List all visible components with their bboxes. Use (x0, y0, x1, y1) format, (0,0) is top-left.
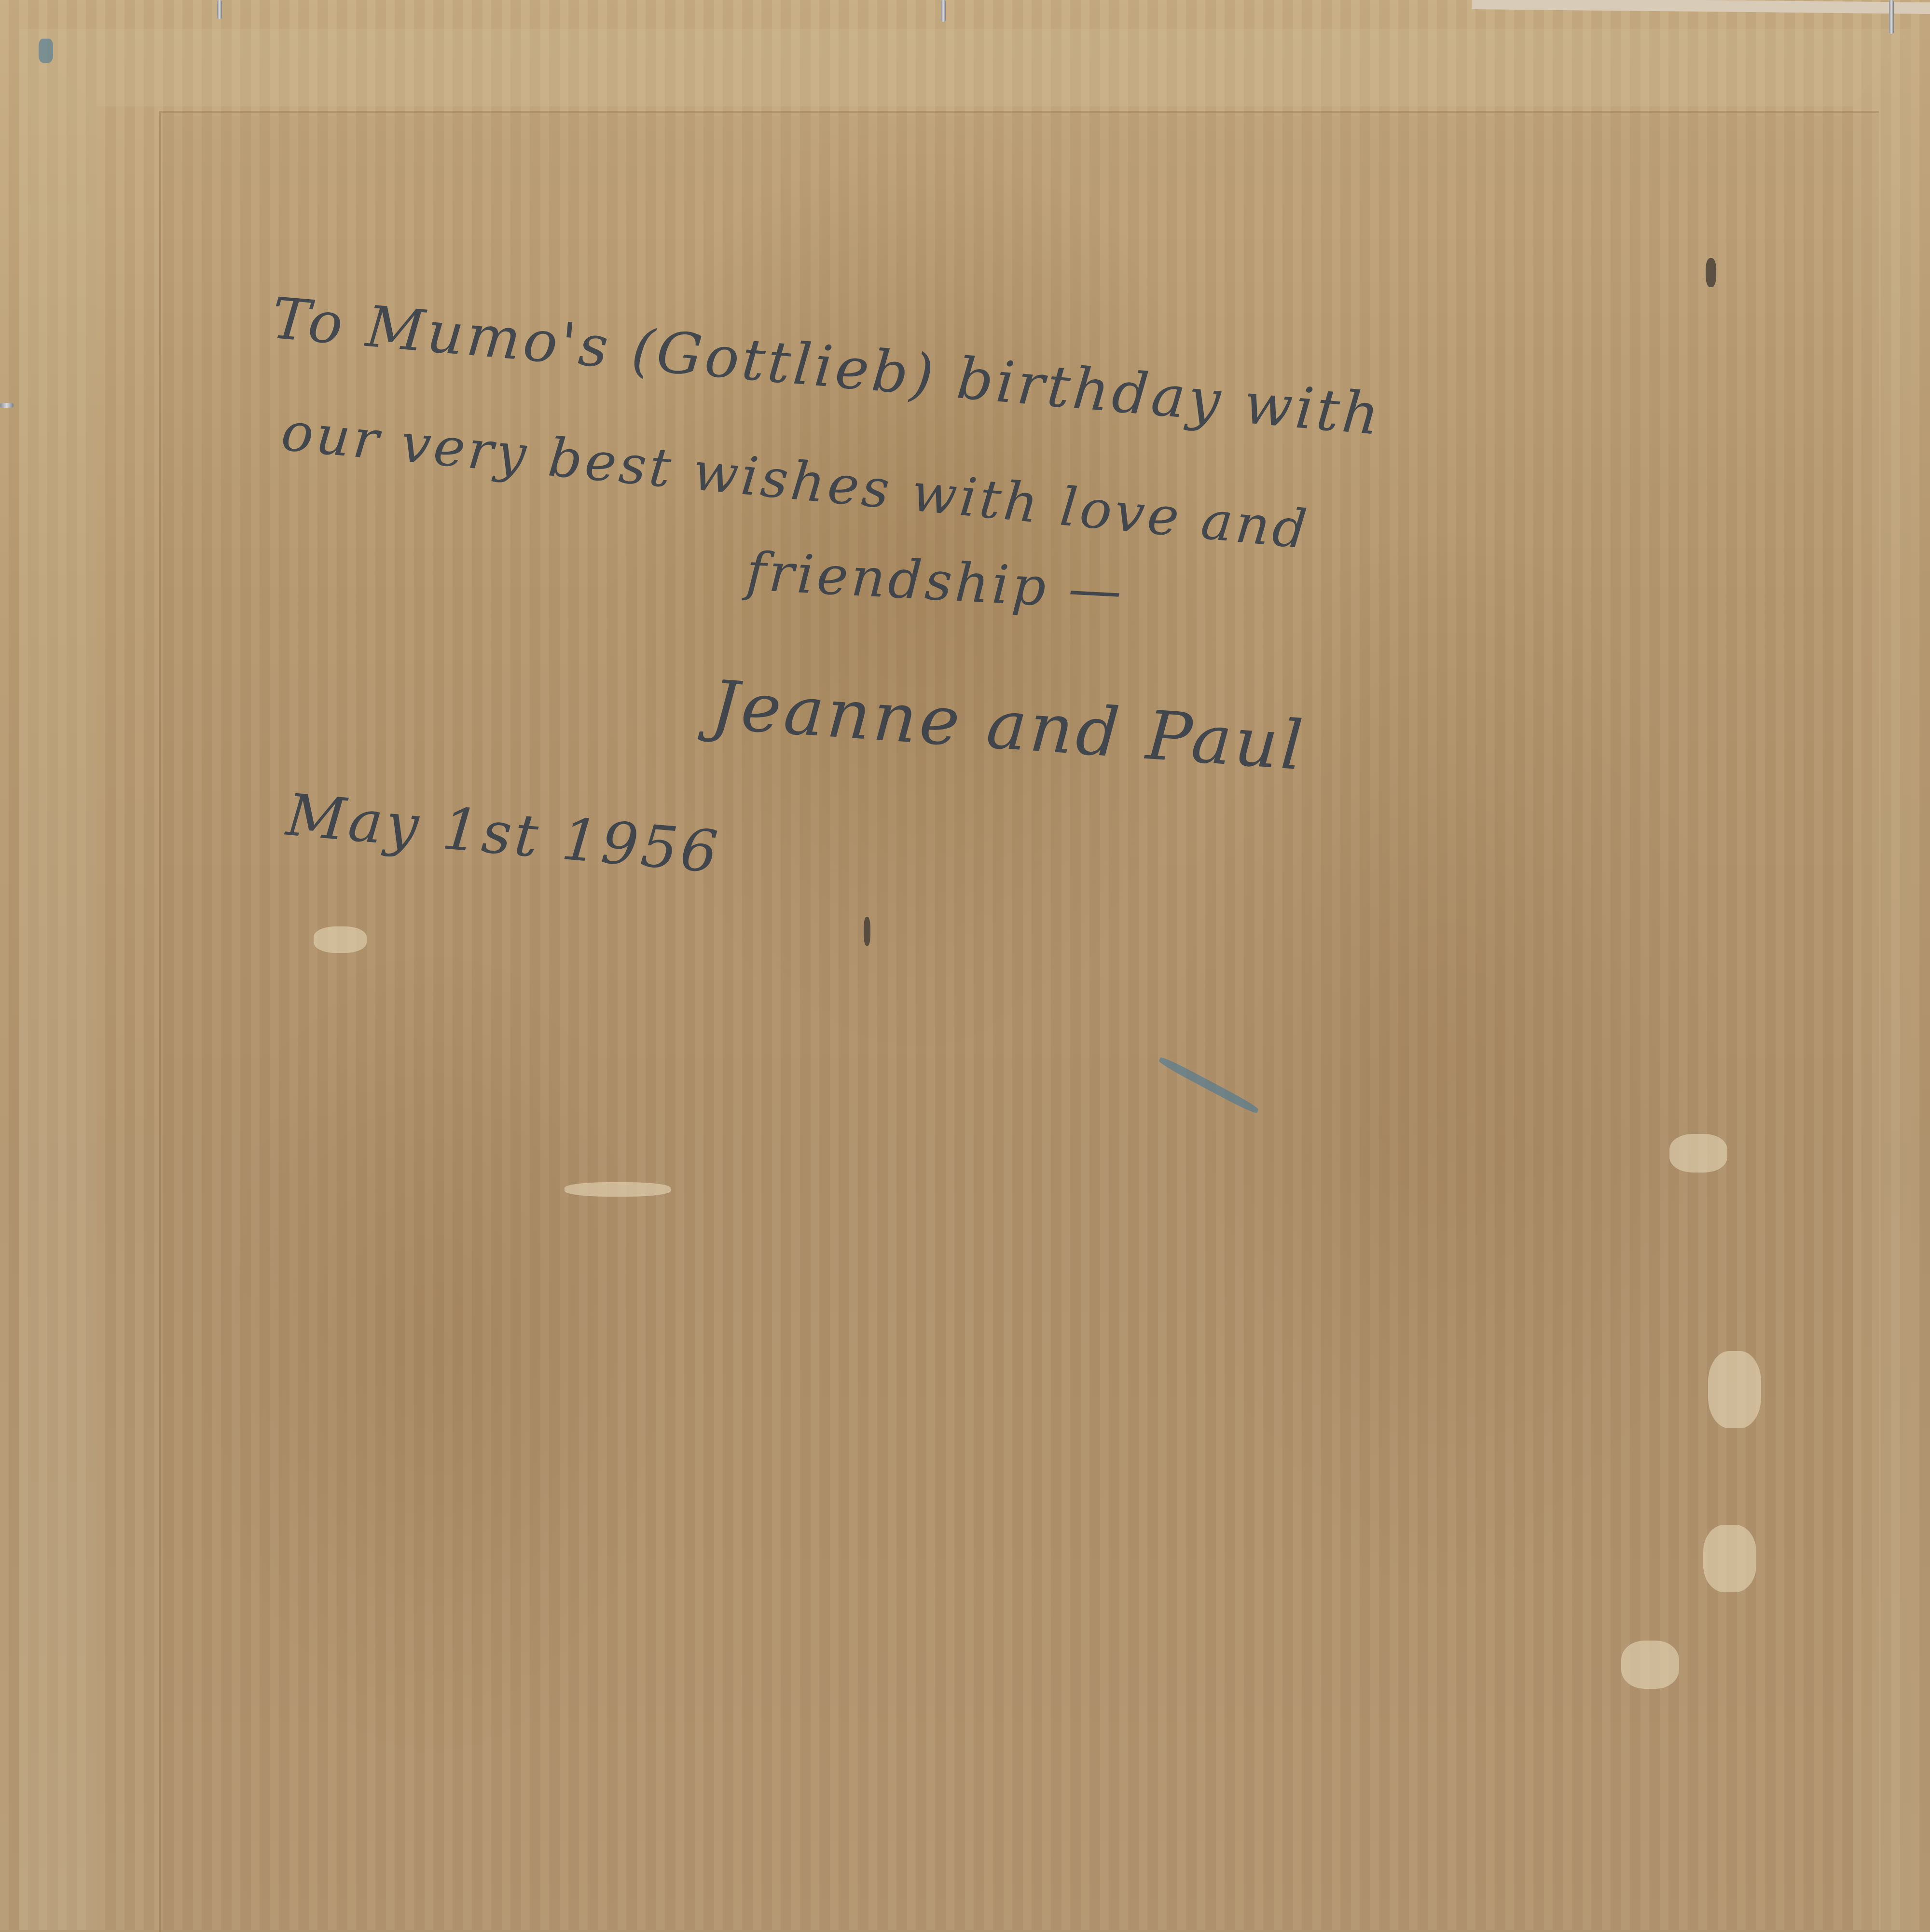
blue-crayon-mark (39, 39, 53, 63)
board-gouge (1703, 1525, 1756, 1592)
nail-icon (941, 0, 946, 22)
nail-icon (1889, 0, 1894, 34)
board-gouge (1669, 1134, 1727, 1173)
dark-spot (864, 917, 870, 946)
board-gouge (565, 1182, 671, 1197)
nail-icon (0, 403, 14, 408)
board-gouge (314, 926, 367, 953)
board-gouge (1708, 1351, 1761, 1428)
dark-spot (1706, 258, 1716, 287)
hardboard-panel-back: To Mumo's (Gottlieb) birthday with our v… (0, 0, 1930, 1930)
board-gouge (1621, 1641, 1679, 1689)
nail-icon (217, 0, 222, 19)
canvas-fabric-edge (1472, 0, 1930, 14)
